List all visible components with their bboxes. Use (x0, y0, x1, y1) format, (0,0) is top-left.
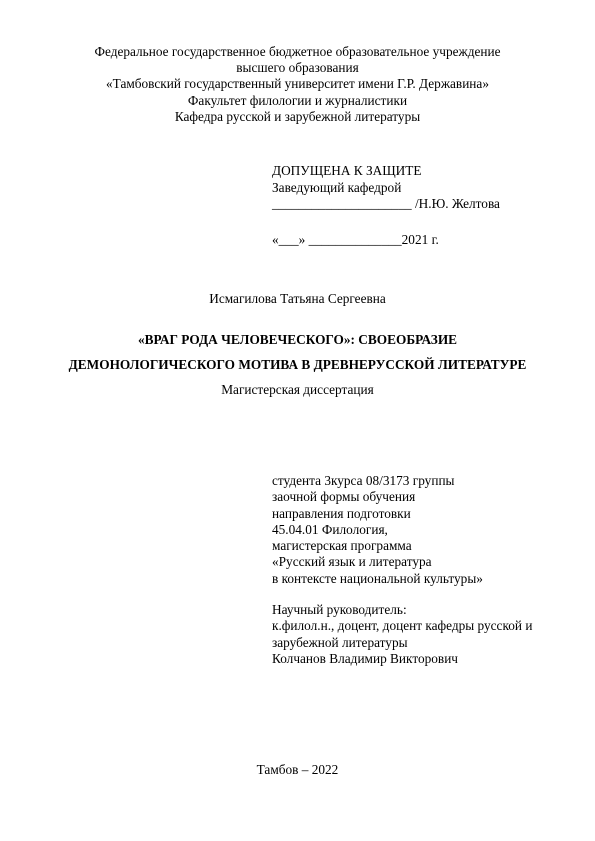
department-name: Кафедра русской и зарубежной литературы (0, 109, 595, 125)
university-name: «Тамбовский государственный университет … (0, 76, 595, 92)
thesis-title-line-1: «ВРАГ РОДА ЧЕЛОВЕЧЕСКОГО»: СВОЕОБРАЗИЕ (0, 332, 595, 348)
approval-block: ДОПУЩЕНА К ЗАЩИТЕ Заведующий кафедрой __… (272, 163, 500, 248)
student-info-line: студента 3курса 08/3173 группы (272, 473, 483, 489)
student-info-block: студента 3курса 08/3173 группы заочной ф… (272, 473, 483, 587)
institution-header: Федеральное государственное бюджетное об… (0, 44, 595, 125)
student-info-line: «Русский язык и литература (272, 554, 483, 570)
city-year: Тамбов – 2022 (0, 762, 595, 778)
student-info-line: направления подготовки (272, 506, 483, 522)
thesis-type: Магистерская диссертация (0, 382, 595, 398)
approval-title: ДОПУЩЕНА К ЗАЩИТЕ (272, 163, 500, 180)
supervisor-title-cont: зарубежной литературы (272, 635, 532, 651)
supervisor-block: Научный руководитель: к.филол.н., доцент… (272, 602, 532, 667)
supervisor-title: к.филол.н., доцент, доцент кафедры русск… (272, 618, 532, 634)
institution-line: Федеральное государственное бюджетное об… (0, 44, 595, 60)
student-info-line: в контексте национальной культуры» (272, 571, 483, 587)
student-info-line: заочной формы обучения (272, 489, 483, 505)
institution-line: высшего образования (0, 60, 595, 76)
student-info-line: 45.04.01 Филология, (272, 522, 483, 538)
thesis-title-line-2: ДЕМОНОЛОГИЧЕСКОГО МОТИВА В ДРЕВНЕРУССКОЙ… (0, 357, 595, 373)
supervisor-name: Колчанов Владимир Викторович (272, 651, 532, 667)
approval-date-line: «___» ______________2021 г. (272, 232, 500, 249)
supervisor-label: Научный руководитель: (272, 602, 532, 618)
author-name: Исмагилова Татьяна Сергеевна (0, 291, 595, 307)
approval-signature-line: _____________________ /Н.Ю. Желтова (272, 196, 500, 213)
student-info-line: магистерская программа (272, 538, 483, 554)
approval-position: Заведующий кафедрой (272, 180, 500, 197)
faculty-name: Факультет филологии и журналистики (0, 93, 595, 109)
